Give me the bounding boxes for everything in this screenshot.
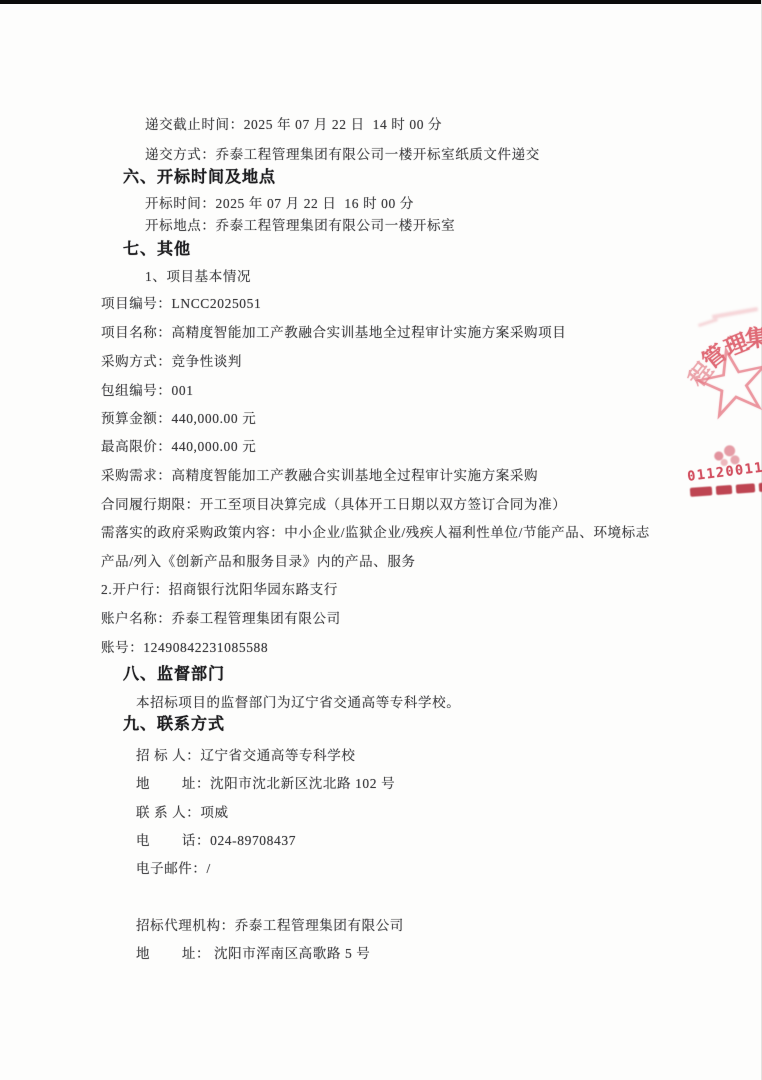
bid-opening-place-line: 开标地点：乔泰工程管理集团有限公司一楼开标室 xyxy=(145,217,455,235)
scan-artifact-top-bar xyxy=(0,0,762,4)
policy-content-continuation-line: 产品/列入《创新产品和服务目录》内的产品、服务 xyxy=(101,553,416,571)
section-heading-supervision: 八、监督部门 xyxy=(123,665,225,686)
submission-deadline-line: 递交截止时间：2025 年 07 月 22 日 14 时 00 分 xyxy=(145,116,442,134)
seal-smudge xyxy=(712,307,758,319)
seal-ink-bar-segment xyxy=(690,486,713,497)
submission-method-line: 递交方式：乔泰工程管理集团有限公司一楼开标室纸质文件递交 xyxy=(145,146,540,164)
contact-person-line: 联 系 人：项威 xyxy=(136,804,229,822)
section-heading-bid-opening: 六、开标时间及地点 xyxy=(123,168,276,189)
seal-ink-bar xyxy=(690,482,762,497)
bid-opening-time-line: 开标时间：2025 年 07 月 22 日 16 时 00 分 xyxy=(145,195,414,213)
budget-amount-line: 预算金额：440,000.00 元 xyxy=(101,410,256,428)
seal-serial-number: 0112001129 xyxy=(686,457,762,485)
procurement-demand-line: 采购需求：高精度智能加工产教融合实训基地全过程审计实施方案采购 xyxy=(101,467,538,485)
phone-number-line: 电 话：024-89708437 xyxy=(136,832,296,850)
supervision-department-line: 本招标项目的监督部门为辽宁省交通高等专科学校。 xyxy=(136,694,460,712)
seal-ink-bar-segment xyxy=(736,483,756,493)
package-number-line: 包组编号：001 xyxy=(101,382,194,400)
section-heading-others: 七、其他 xyxy=(123,240,191,261)
account-number-line: 账号：12490842231085588 xyxy=(101,639,268,657)
seal-ink-bar-segment xyxy=(716,485,733,495)
agency-address-line: 地 址： 沈阳市浑南区高歌路 5 号 xyxy=(136,945,370,963)
seal-star-icon: ☆ xyxy=(681,327,762,439)
contract-period-line: 合同履行期限：开工至项目决算完成（具体开工日期以双方签订合同为准） xyxy=(101,496,566,514)
procurement-method-line: 采购方式：竞争性谈判 xyxy=(101,353,242,371)
section-heading-contact: 九、联系方式 xyxy=(123,715,225,736)
account-name-line: 账户名称：乔泰工程管理集团有限公司 xyxy=(101,610,341,628)
tenderer-name-line: 招 标 人：辽宁省交通高等专科学校 xyxy=(136,747,355,765)
seal-arc-character: 管 xyxy=(694,335,732,375)
bank-branch-line: 2.开户行：招商银行沈阳华园东路支行 xyxy=(101,581,338,599)
official-red-seal: 程 管 理 集 ☆ 0112001129 xyxy=(660,295,762,510)
seal-emblem xyxy=(708,443,744,469)
max-price-line: 最高限价：440,000.00 元 xyxy=(101,438,256,456)
seal-arc-character: 理 xyxy=(719,324,753,363)
seal-arc-character: 集 xyxy=(743,319,762,355)
project-basic-info-subheading: 1、项目基本情况 xyxy=(145,268,251,286)
agency-name-line: 招标代理机构：乔泰工程管理集团有限公司 xyxy=(136,917,404,935)
project-number-line: 项目编号：LNCC2025051 xyxy=(101,295,261,313)
seal-arc-character: 程 xyxy=(679,354,719,392)
tenderer-address-line: 地 址：沈阳市沈北新区沈北路 102 号 xyxy=(136,775,395,793)
policy-content-line: 需落实的政府采购政策内容：中小企业/监狱企业/残疾人福利性单位/节能产品、环境标… xyxy=(101,524,650,542)
email-line: 电子邮件：/ xyxy=(136,860,211,878)
seal-smudge xyxy=(698,318,718,327)
project-name-line: 项目名称：高精度智能加工产教融合实训基地全过程审计实施方案采购项目 xyxy=(101,324,566,342)
scanned-document-page: 递交截止时间：2025 年 07 月 22 日 14 时 00 分 递交方式：乔… xyxy=(0,0,762,1080)
